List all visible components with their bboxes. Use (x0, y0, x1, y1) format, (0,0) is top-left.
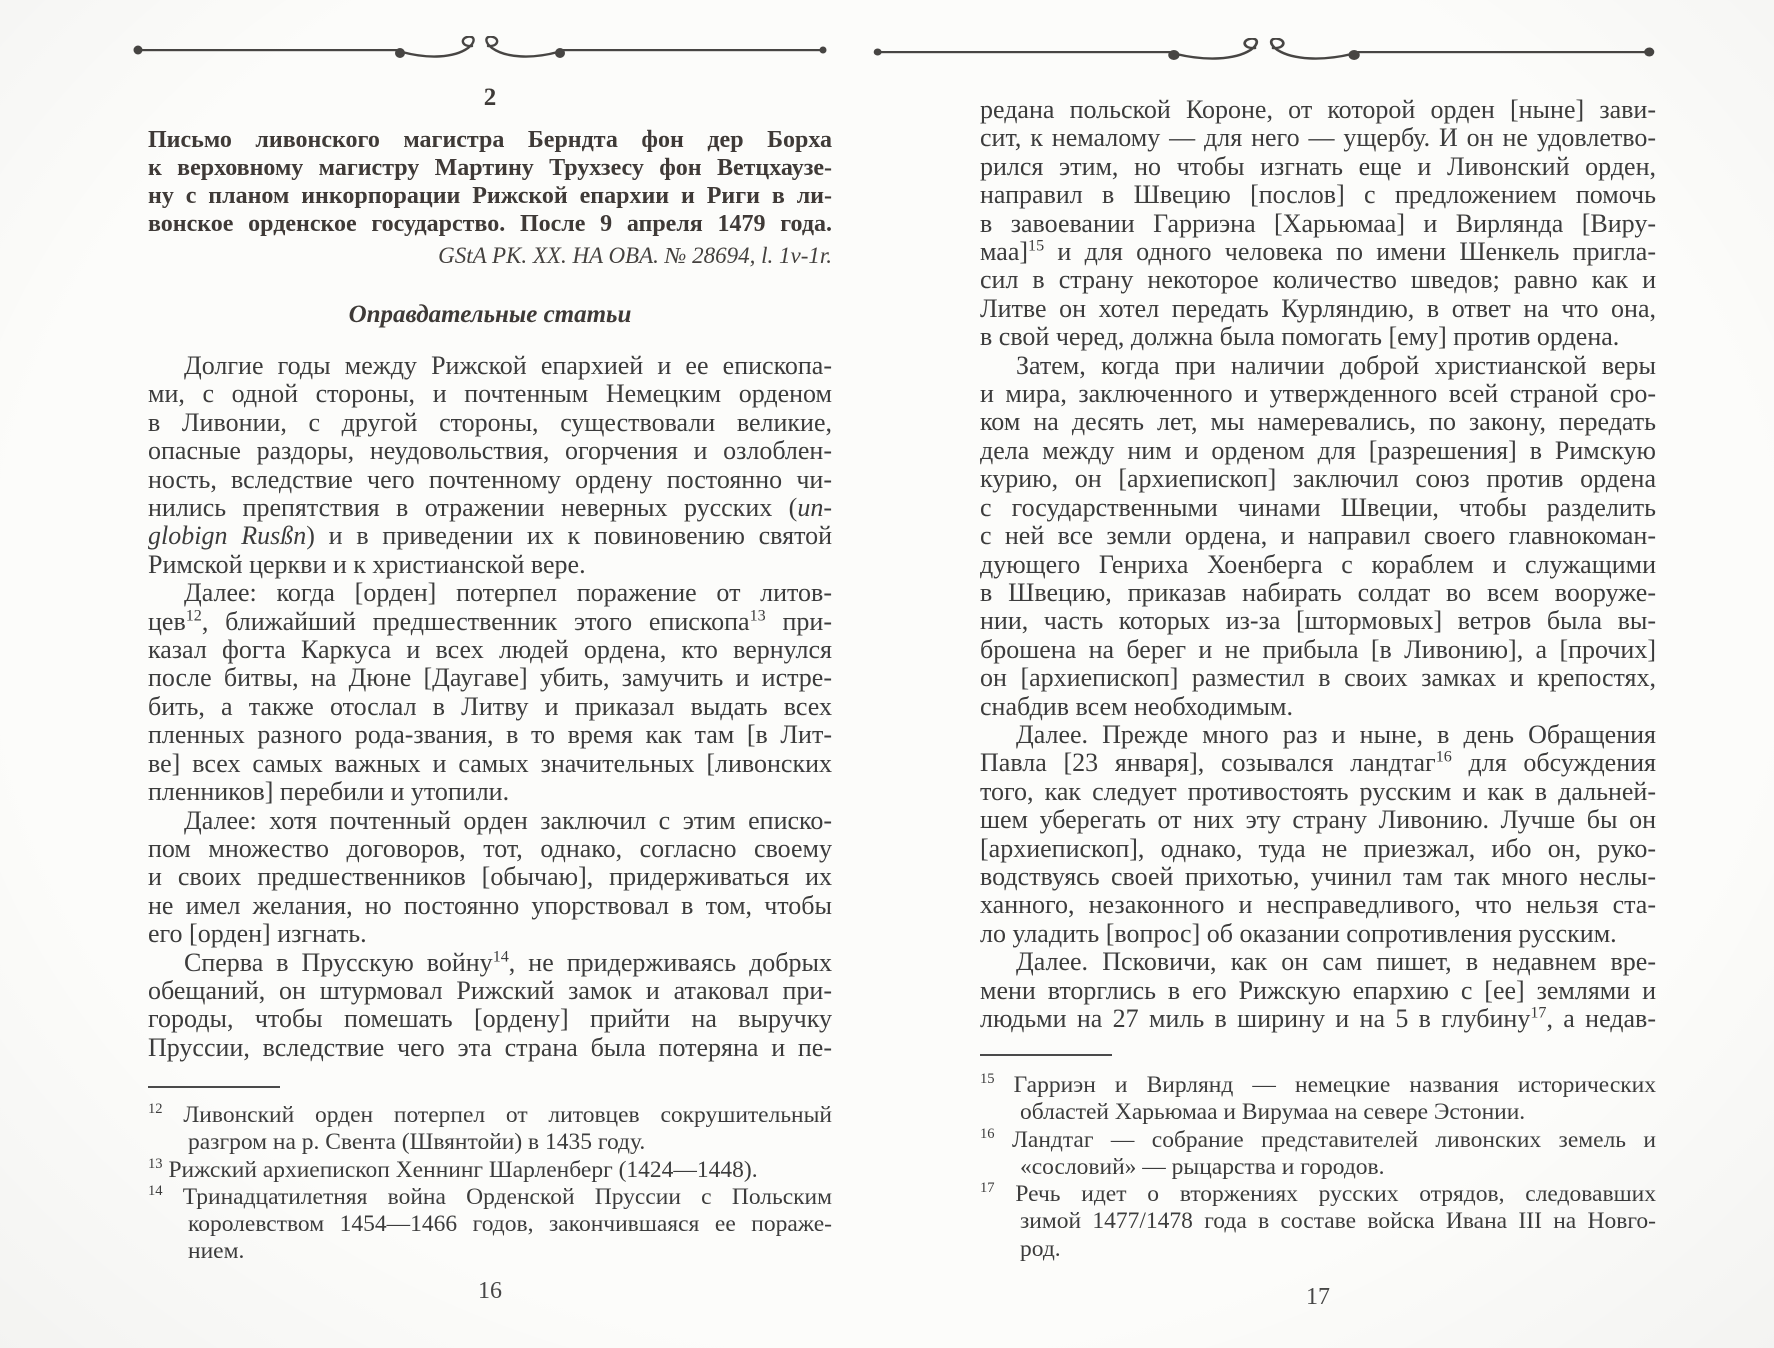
body-text-line: дела между ним и орденом для [разрешения… (980, 437, 1656, 465)
footnote-line: нием. (148, 1238, 832, 1265)
body-text-line: нились препятствия в отражении неверных … (148, 494, 832, 522)
body-text-line: рился этим, но чтобы изгнать еще и Ливон… (980, 153, 1656, 181)
footnotes: 12 Ливонский орден потерпел от литовцев … (148, 1102, 832, 1266)
body-text-line: бить, а также отослал в Литву и приказал… (148, 693, 832, 721)
body-text-line: с ней все земли ордена, и направил своег… (980, 522, 1656, 550)
footnotes: 15 Гарриэн и Вирлянд — немецкие названия… (980, 1072, 1656, 1263)
right-page: редана польской Короне, от которой орден… (980, 0, 1656, 1348)
body-text-line: его [орден] изгнать. (148, 920, 832, 948)
footnote-line: род. (980, 1236, 1656, 1263)
body-text-line: того, как следует противостоять русским … (980, 778, 1656, 806)
chapter-number: 2 (148, 84, 832, 112)
body-text-line: ло уладить [вопрос] об оказании сопротив… (980, 920, 1656, 948)
footnote-line: 16 Ландтаг — собрание представителей лив… (980, 1127, 1656, 1154)
body-text-line: ность, вследствие чего почтенному ордену… (148, 466, 832, 494)
footnote-line: королевством 1454—1466 годов, закончивша… (148, 1211, 832, 1238)
body-text-line: направил в Швецию [послов] с предложение… (980, 181, 1656, 209)
footnote-line: разгром на р. Свента (Швянтойи) в 1435 г… (148, 1129, 832, 1156)
left-page: 2 Письмо ливонского магистра Берндта фон… (148, 0, 832, 1348)
body-text-line: ханного, незаконного и несправедливого, … (980, 891, 1656, 919)
body-text-line: обещаний, он штурмовал Рижский замок и а… (148, 977, 832, 1005)
body-text-line: снабдив всем необходимым. (980, 693, 1656, 721)
body-text-line: маа]15 и для одного человека по имени Ше… (980, 238, 1656, 266)
section-heading: Оправдательные статьи (148, 301, 832, 329)
body-text-line: дующего Генриха Хоенберга с кораблем и с… (980, 551, 1656, 579)
body-text-line: globign Rusßn) и в приведении их к повин… (148, 522, 832, 550)
body-text-line: ком на десять лет, мы намеревались, по з… (980, 408, 1656, 436)
body-text-line: курию, он [архиепископ] заключил союз пр… (980, 465, 1656, 493)
body-text-line: пленных разного рода-звания, в то время … (148, 721, 832, 749)
body-text-line: Римской церкви и к христианской вере. (148, 551, 832, 579)
body-text: редана польской Короне, от которой орден… (980, 96, 1656, 1033)
body-text-line: в завоевании Гарриэна [Харьюмаа] и Вирля… (980, 210, 1656, 238)
body-text-line: Литве он хотел передать Курляндию, в отв… (980, 295, 1656, 323)
footnote-line: 17 Речь идет о вторжениях русских отрядо… (980, 1181, 1656, 1208)
body-text-line: шем уберегать от них эту страну Ливонию.… (980, 806, 1656, 834)
body-text-line: сит, к немалому — для него — ущербу. И о… (980, 124, 1656, 152)
body-text-line: Далее. Псковичи, как он сам пишет, в нед… (980, 948, 1656, 976)
body-text-line: [архиепископ], однако, туда не приезжал,… (980, 835, 1656, 863)
page-number: 16 (148, 1278, 832, 1305)
title-line: вонское орденское государство. После 9 а… (148, 210, 832, 238)
body-text-line: он [архиепископ] разместил в своих замка… (980, 664, 1656, 692)
body-text-line: сил в страну некоторое количество шведов… (980, 266, 1656, 294)
body-text-line: Пруссии, вследствие чего эта страна была… (148, 1034, 832, 1062)
body-text-line: Долгие годы между Рижской епархией и ее … (148, 352, 832, 380)
body-text-line: нии, часть которых из-за [штормовых] вет… (980, 607, 1656, 635)
body-text-line: Далее: хотя почтенный орден заключил с э… (148, 807, 832, 835)
body-text-line: в Ливонии, с другой стороны, существовал… (148, 409, 832, 437)
title-line: ну с планом инкорпорации Рижской епархии… (148, 182, 832, 210)
body-text-line: в свой черед, должна была помогать [ему]… (980, 323, 1656, 351)
body-text-line: казал фогта Каркуса и всех людей ордена,… (148, 636, 832, 664)
footnote-line: «сословий» — рыцарства и городов. (980, 1154, 1656, 1181)
body-text-line: Затем, когда при наличии доброй христиан… (980, 352, 1656, 380)
body-text-line: цев12, ближайший предшественник этого еп… (148, 608, 832, 636)
archive-citation: GStA PK. XX. HA OBA. № 28694, l. 1v-1r. (148, 243, 832, 269)
body-text-line: редана польской Короне, от которой орден… (980, 96, 1656, 124)
title-line: к верховному магистру Мартину Трухзесу ф… (148, 154, 832, 182)
body-text-line: ми, с одной стороны, и почтенным Немецки… (148, 380, 832, 408)
body-text-line: Сперва в Прусскую войну14, не придержива… (148, 949, 832, 977)
body-text-line: с государственными чинами Швеции, чтобы … (980, 494, 1656, 522)
page-number: 17 (980, 1284, 1656, 1311)
body-text-line: и мира, заключенного и утвержденного все… (980, 380, 1656, 408)
footnote-line: областей Харьюмаа и Вирумаа на севере Эс… (980, 1099, 1656, 1126)
body-text-line: брошена на берег и не прибыла [в Ливонию… (980, 636, 1656, 664)
body-text-line: и своих предшественников [обычаю], приде… (148, 863, 832, 891)
body-text-line: Далее. Прежде много раз и ныне, в день О… (980, 721, 1656, 749)
body-text-line: мени вторглись в его Рижскую епархию с [… (980, 977, 1656, 1005)
body-text-line: в Швецию, приказав набирать солдат во вс… (980, 579, 1656, 607)
body-text: Долгие годы между Рижской епархией и ее … (148, 352, 832, 1062)
body-text-line: не имел желания, но постоянно упорствова… (148, 892, 832, 920)
footnote-line: 12 Ливонский орден потерпел от литовцев … (148, 1102, 832, 1129)
footnote-line: 15 Гарриэн и Вирлянд — немецкие названия… (980, 1072, 1656, 1099)
footnote-line: 14 Тринадцатилетняя война Орденской Прус… (148, 1184, 832, 1211)
body-text-line: Павла [23 января], созывался ландтаг16 д… (980, 749, 1656, 777)
body-text-line: Далее: когда [орден] потерпел поражение … (148, 579, 832, 607)
body-text-line: опасные раздоры, неудовольствия, огорчен… (148, 437, 832, 465)
body-text-line: ве] всех самых важных и самых значительн… (148, 750, 832, 778)
body-text-line: после битвы, на Дюне [Даугаве] убить, за… (148, 664, 832, 692)
body-text-line: людьми на 27 миль в ширину и на 5 в глуб… (980, 1005, 1656, 1033)
footnote-rule (148, 1086, 280, 1088)
footnote-line: зимой 1477/1478 года в составе войска Ив… (980, 1208, 1656, 1235)
body-text-line: пом множество договоров, тот, однако, со… (148, 835, 832, 863)
title-line: Письмо ливонского магистра Берндта фон д… (148, 126, 832, 154)
document-title: Письмо ливонского магистра Берндта фон д… (148, 126, 832, 238)
book-spread: 2 Письмо ливонского магистра Берндта фон… (0, 0, 1774, 1348)
body-text-line: городы, чтобы помешать [ордену] прийти н… (148, 1005, 832, 1033)
body-text-line: пленников] перебили и утопили. (148, 778, 832, 806)
footnote-line: 13 Рижский архиепископ Хеннинг Шарленбер… (148, 1157, 832, 1184)
body-text-line: водствуясь своей прихотью, учинил там та… (980, 863, 1656, 891)
footnote-rule (980, 1054, 1112, 1056)
